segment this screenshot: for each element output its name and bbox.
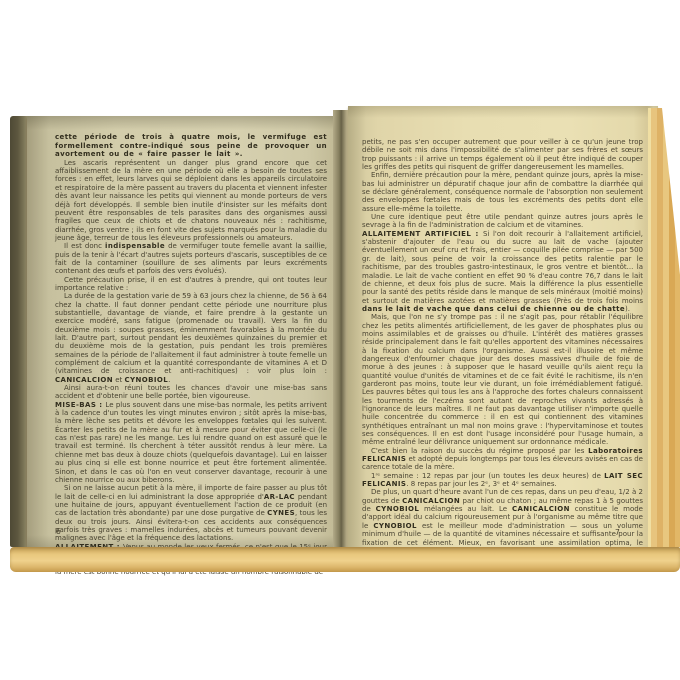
text-segment: Cette précaution prise, il en est d'autr… <box>55 276 327 292</box>
page-right: petits, ne pas s'en occuper autrement qu… <box>348 106 658 547</box>
bold-text-segment: CYNOBIOL <box>125 376 169 384</box>
paragraph: MISE-BAS : Le plus souvent dans une mise… <box>55 401 327 484</box>
text-segment: Le plus souvent dans une mise-bas normal… <box>55 401 327 484</box>
text-segment: Mais, que l'on ne s'y trompe pas : il ne… <box>362 313 643 446</box>
bold-text-segment: MISE-BAS : <box>55 401 105 409</box>
bold-text-segment: CYNES <box>267 509 295 517</box>
open-booklet: cette période de trois à quatre mois, le… <box>10 106 680 572</box>
page-number-right: 7 <box>615 528 620 537</box>
bold-text-segment: ALLAITEMENT ARTIFICIEL : <box>362 230 483 238</box>
page-right-text-block: petits, ne pas s'en occuper autrement qu… <box>362 138 643 564</box>
text-segment: Il est donc <box>64 242 105 250</box>
paragraph: 1ʳᵉ semaine : 12 repas par jour (un tout… <box>362 472 643 489</box>
text-segment: . <box>168 376 170 384</box>
bold-text-segment: dans le lait de vache que dans celui de … <box>362 305 625 313</box>
paragraph: Enfin, dernière précaution pour la mère,… <box>362 171 643 213</box>
paragraph: Les ascaris représentent un danger plus … <box>55 159 327 242</box>
bold-text-segment: CYNOBIOL <box>376 505 420 513</box>
paragraph: Une cure identique peut être utile penda… <box>362 213 643 230</box>
paragraph: petits, ne pas s'en occuper autrement qu… <box>362 138 643 171</box>
paragraph: Il est donc indispensable de vermifuger … <box>55 242 327 275</box>
text-segment: Les ascaris représentent un danger plus … <box>55 159 327 242</box>
text-segment: . 8 repas par jour les 2ᵉ, 3ᵉ et 4ᵉ sema… <box>406 480 556 488</box>
paragraph: Ainsi aura-t-on réuni toutes les chances… <box>55 384 327 401</box>
text-segment: La durée de la gestation varie de 59 à 6… <box>55 292 327 375</box>
paragraph: C'est bien la raison du succès du régime… <box>362 447 643 472</box>
bold-text-segment: CYNOBIOL <box>373 522 417 530</box>
booklet-left-cover-edge <box>10 116 27 547</box>
page-left-text-block: cette période de trois à quatre mois, le… <box>55 133 327 576</box>
text-segment: Une cure identique peut être utile penda… <box>362 213 643 229</box>
text-segment: mélangées au lait. Le <box>419 505 512 513</box>
text-segment: Enfin, dernière précaution pour la mère,… <box>362 171 643 212</box>
text-segment: petits, ne pas s'en occuper autrement qu… <box>362 138 643 171</box>
photo-background: cette période de trois à quatre mois, le… <box>0 0 680 680</box>
text-segment: C'est bien la raison du succès du régime… <box>371 447 588 455</box>
bold-text-segment: CANICALCION <box>55 376 113 384</box>
page-left: cette période de trois à quatre mois, le… <box>27 116 333 547</box>
bold-text-segment: AR-LAC <box>264 493 295 501</box>
paragraph: Cette précaution prise, il en est d'autr… <box>55 276 327 293</box>
paragraph: Si on ne laisse aucun petit à la mère, i… <box>55 484 327 542</box>
paragraph: La durée de la gestation varie de 59 à 6… <box>55 292 327 384</box>
bold-text-segment: CANICALCION <box>402 497 460 505</box>
text-segment: Ainsi aura-t-on réuni toutes les chances… <box>55 384 327 400</box>
bold-text-segment: cette période de trois à quatre mois, le… <box>55 133 327 158</box>
text-segment: et <box>113 376 125 384</box>
bold-text-segment: indispensable <box>105 242 165 250</box>
bold-text-segment: CANICALCION <box>512 505 570 513</box>
text-segment: Si l'on doit recourir à l'allaitement ar… <box>362 230 643 305</box>
page-number-left: 6 <box>56 527 61 536</box>
booklet-gutter-shadow <box>333 110 348 547</box>
booklet-right-page-edges <box>648 108 680 547</box>
text-segment: 1ʳᵉ semaine : 12 repas par jour (un tout… <box>371 472 604 480</box>
booklet-bottom-cover-edge <box>10 547 680 572</box>
text-segment: ). <box>625 305 630 313</box>
paragraph: ALLAITEMENT ARTIFICIEL : Si l'on doit re… <box>362 230 643 313</box>
paragraph: Mais, que l'on ne s'y trompe pas : il ne… <box>362 313 643 447</box>
paragraph: cette période de trois à quatre mois, le… <box>55 133 327 159</box>
